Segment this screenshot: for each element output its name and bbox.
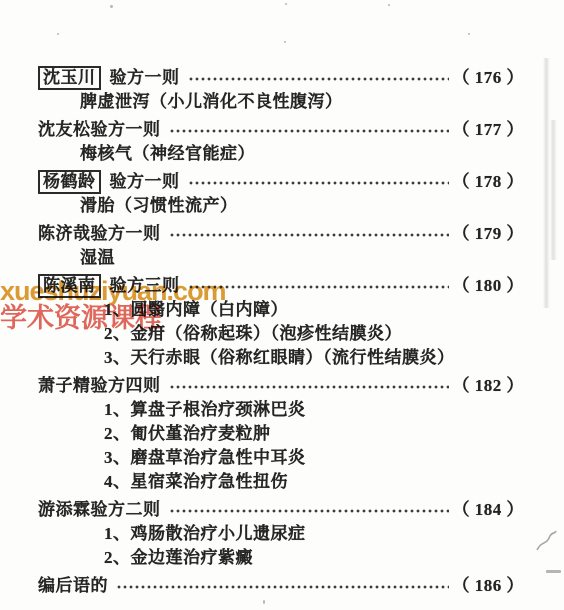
toc-entry: 杨鹤龄验方一则（ 178 ）	[38, 170, 524, 194]
scan-speck	[57, 33, 59, 35]
scan-speck	[285, 3, 287, 5]
toc-entry: 萧子精验方四则（ 182 ）	[38, 374, 524, 398]
toc-entry-title: 验方三则	[110, 274, 180, 298]
toc-sub-item: 4、星宿菜治疗急性扭伤	[38, 470, 524, 494]
toc-sub-item: 梅核气（神经官能症）	[38, 142, 524, 166]
dot-leader	[169, 222, 449, 246]
scan-streak	[543, 58, 550, 308]
toc-page-number: （ 182 ）	[453, 374, 525, 398]
dot-leader	[116, 574, 449, 598]
toc-entry-title: 编后语的	[38, 574, 108, 598]
scan-speck	[388, 4, 390, 6]
toc-sub-item: 3、天行赤眼（俗称红眼睛）（流行性结膜炎）	[38, 346, 524, 370]
toc-boxed-name: 陈溪南	[38, 274, 101, 298]
toc-sub-item: 2、金边莲治疗紫癜	[38, 546, 524, 570]
toc-sub-item: 湿温	[38, 246, 524, 270]
toc-entry-title: 沈友松验方一则	[38, 118, 161, 142]
dot-leader	[188, 66, 449, 90]
toc-sub-item: 1、圆翳内障（白内障）	[38, 298, 524, 322]
toc-entry: 陈溪南验方三则（ 180 ）	[38, 274, 524, 298]
pencil-dash	[546, 570, 561, 573]
toc-sub-item: 3、磨盘草治疗急性中耳炎	[38, 446, 524, 470]
toc-entry: 游添霖验方二则（ 184 ）	[38, 498, 524, 522]
toc-boxed-name: 杨鹤龄	[38, 170, 101, 194]
toc-page-number: （ 184 ）	[453, 498, 525, 522]
toc-entry: 沈友松验方一则（ 177 ）	[38, 118, 524, 142]
toc-sub-item: 滑胎（习惯性流产）	[38, 194, 524, 218]
toc-boxed-name: 沈玉川	[38, 66, 101, 90]
scan-speck	[263, 600, 265, 604]
dot-leader	[188, 274, 449, 298]
toc-entry: 陈济哉验方一则（ 179 ）	[38, 222, 524, 246]
toc-entry: 编后语的（ 186 ）	[38, 574, 524, 598]
scan-speck	[468, 33, 470, 35]
toc-entry: 沈玉川验方一则（ 176 ）	[38, 66, 524, 90]
toc-entry-title: 验方一则	[110, 66, 180, 90]
toc-sub-item: 2、金疳（俗称起珠）（泡疹性结膜炎）	[38, 322, 524, 346]
toc-entry-title: 陈济哉验方一则	[38, 222, 161, 246]
scan-streak	[550, 120, 557, 260]
scan-speck	[110, 5, 113, 8]
toc-entry-title: 游添霖验方二则	[38, 498, 161, 522]
toc-sub-item: 1、算盘子根治疗颈淋巴炎	[38, 398, 524, 422]
toc-page-number: （ 180 ）	[453, 274, 525, 298]
toc-entry-title: 验方一则	[110, 170, 180, 194]
pencil-mark	[534, 528, 558, 554]
toc-page-number: （ 177 ）	[453, 118, 525, 142]
toc-sub-item: 1、鸡肠散治疗小儿遗尿症	[38, 522, 524, 546]
toc-sub-item: 2、匍伏堇治疗麦粒肿	[38, 422, 524, 446]
dot-leader	[169, 118, 449, 142]
scan-speck	[284, 41, 286, 43]
scanned-book-page: 沈玉川验方一则（ 176 ）脾虚泄泻（小儿消化不良性腹泻）沈友松验方一则（ 17…	[0, 0, 564, 610]
toc-entry-title: 萧子精验方四则	[38, 374, 161, 398]
toc-page-number: （ 186 ）	[453, 574, 525, 598]
toc-sub-item: 脾虚泄泻（小儿消化不良性腹泻）	[38, 90, 524, 114]
toc-page-number: （ 179 ）	[453, 222, 525, 246]
toc-page-number: （ 176 ）	[453, 66, 525, 90]
dot-leader	[188, 170, 449, 194]
dot-leader	[169, 374, 449, 398]
toc-list: 沈玉川验方一则（ 176 ）脾虚泄泻（小儿消化不良性腹泻）沈友松验方一则（ 17…	[38, 66, 524, 598]
dot-leader	[169, 498, 449, 522]
toc-page-number: （ 178 ）	[453, 170, 525, 194]
